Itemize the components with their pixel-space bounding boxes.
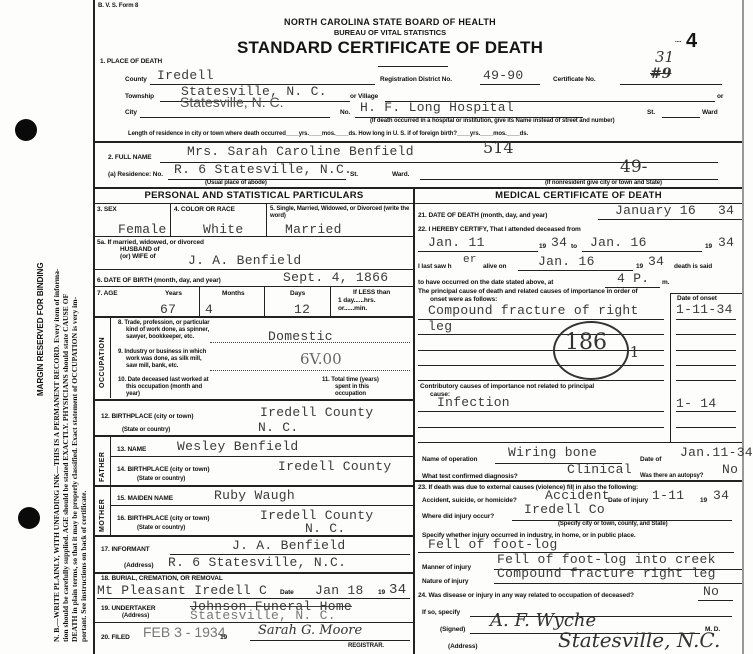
informant-label: 17. INFORMANT — [101, 546, 150, 553]
accident-value: Accident — [545, 488, 610, 503]
place-of-death-label: 1. PLACE OF DEATH — [100, 58, 162, 65]
less-label-3: or......min. — [338, 305, 367, 312]
full-name-value: Mrs. Sarah Caroline Benfield — [187, 144, 414, 159]
trade-label-1: 8. Trade, profession, or particular — [118, 320, 210, 326]
burial-label: 18. BURIAL, CREMATION, OR REMOVAL — [101, 575, 223, 582]
filed-label: 20. FILED — [101, 634, 130, 641]
father-birthplace-state-label: (State or country) — [137, 476, 185, 482]
months-label: Months — [222, 290, 245, 297]
cause-onset-value: 1-11-34 — [676, 302, 733, 317]
circled-code-suffix: .1 — [625, 343, 639, 361]
spouse-value: J. A. Benfield — [188, 253, 301, 268]
occupational-line — [698, 600, 733, 601]
contributory-line-3 — [418, 442, 742, 443]
operation-value: Wiring bone — [508, 445, 597, 460]
operation-date-value: Jan.11-34 — [680, 445, 753, 460]
mother-birthplace-state-label: (State or country) — [137, 525, 185, 531]
to-label: to — [571, 243, 577, 250]
race-marital-divider — [266, 203, 267, 236]
lastsaw-date-value: Jan. 16 — [538, 254, 595, 269]
age-divider-3 — [330, 286, 331, 316]
contributory-onset-value: 1- 14 — [676, 396, 717, 411]
registrar-line — [250, 640, 410, 641]
spouse-label-3: (or) WIFE of — [120, 253, 156, 260]
certificate-line — [620, 84, 722, 85]
specify-place-value: Fell of foot-log — [428, 537, 558, 552]
where-injury-value: Iredell Co — [524, 502, 605, 517]
no-label: No. — [340, 109, 350, 116]
form-id: B. V. S. Form 8 — [98, 3, 138, 9]
attended-to-year-prefix: 19 — [705, 243, 712, 250]
row-line-4 — [95, 316, 413, 318]
age-divider-1 — [199, 286, 200, 316]
date-of-death-value: January 16 — [615, 203, 696, 218]
lastworked-label-1: 10. Date deceased last worked at — [118, 377, 209, 383]
district-value: 49-90 — [483, 68, 524, 83]
ward-line — [662, 117, 700, 118]
alive-on-label: alive on — [483, 263, 506, 270]
medical-heading: MEDICAL CERTIFICATE OF DEATH — [415, 190, 742, 201]
row-line-8 — [95, 535, 413, 537]
trade-line — [210, 342, 410, 343]
district-label: Registration District No. — [380, 76, 452, 83]
margin-binding-note: MARGIN RESERVED FOR BINDING — [36, 262, 45, 396]
hospital-note: (If death occurred in a hospital or inst… — [370, 118, 615, 124]
ward-label: Ward — [702, 109, 718, 116]
burial-place-value: Mt Pleasant Iredell C — [97, 583, 267, 598]
filed-date-stamp: FEB 3 - 1934 — [143, 624, 226, 640]
county-label: County — [125, 76, 147, 83]
trade-label-2: kind of work done, as spinner, — [126, 327, 209, 333]
test-label: What test confirmed diagnosis? — [422, 473, 518, 480]
father-line — [110, 456, 413, 457]
burial-date-label: Date — [280, 589, 294, 596]
punch-hole-top — [15, 119, 37, 141]
margin-instructions-4: portant. See instructions on back of cer… — [79, 491, 88, 642]
dob-value: Sept. 4, 1866 — [283, 270, 388, 285]
dob-label: 6. DATE OF BIRTH (month, day, and year) — [97, 277, 221, 284]
attended-to-value: Jan. 16 — [590, 235, 647, 250]
onset-label: Date of onset — [677, 295, 717, 302]
full-name-label: 2. FULL NAME — [108, 154, 151, 161]
row-line-6 — [95, 435, 413, 437]
st-label: St. — [647, 109, 655, 116]
mother-birthplace-state-value: N. C. — [305, 521, 346, 536]
spouse-label-1: 5a. If married, widowed, or divorced — [97, 239, 204, 246]
birthplace-value: Iredell County — [260, 405, 373, 420]
birthplace-state-label: (State or country) — [122, 427, 170, 433]
title-underline — [378, 66, 448, 67]
margin-instructions-1: N. B.—WRITE PLAINLY, WITH UNFADING INK—T… — [52, 269, 61, 642]
attended-to-line — [582, 251, 702, 252]
mother-line — [110, 505, 413, 506]
nonresident-note: (If nonresident give city or town and St… — [545, 180, 662, 186]
mother-name-value: Ruby Waugh — [214, 488, 295, 503]
form-right-edge — [742, 0, 744, 654]
accident-label: Accident, suicide, or homicide? — [422, 497, 517, 504]
years-label: Years — [165, 290, 182, 297]
row-line-3 — [95, 286, 413, 287]
age-years-value: 67 — [160, 302, 176, 317]
registrar-label: REGISTRAR. — [348, 643, 384, 649]
residence-label: (a) Residence: No. — [108, 171, 163, 178]
undertaker-label: 19. UNDERTAKER — [101, 605, 155, 612]
handwritten-code-514: 514 — [483, 138, 514, 157]
burial-year-value: 34 — [389, 582, 406, 598]
street-value: H. F. Long Hospital — [360, 100, 514, 115]
informant-address-label: (Address) — [124, 562, 153, 569]
cause-2-value: leg — [428, 319, 452, 334]
onset-line-3 — [676, 350, 736, 351]
less-label-1: If LESS than — [353, 289, 390, 296]
industry-label-1: 9. Industry or business in which — [118, 349, 206, 355]
registrar-signature: Sarah G. Moore — [258, 623, 362, 638]
birthplace-state-value: N. C. — [258, 420, 299, 435]
punch-hole-bottom — [18, 507, 40, 529]
lastworked-label-3: year) — [126, 391, 140, 397]
city-value-stamp: Statesville, N. C. — [180, 94, 283, 110]
attended-from-year-prefix: 19 — [539, 243, 546, 250]
burial-year-prefix: 19 — [378, 589, 385, 596]
industry-label-2: work was done, as silk mill, — [126, 356, 202, 362]
totaltime-label-2: spent in this — [335, 384, 369, 390]
trade-label-3: sawyer, bookkeeper, etc. — [126, 334, 194, 340]
sex-race-divider — [170, 203, 171, 236]
city-label: City — [125, 109, 137, 116]
onset-line-1 — [676, 319, 736, 320]
undertaker-address-label: (Address) — [122, 613, 149, 619]
onset-line-4 — [676, 365, 736, 366]
injury-date-value: 1-11 — [652, 488, 684, 503]
residence-length-label: Length of residence in city or town wher… — [128, 131, 528, 137]
circled-code: 186 — [565, 330, 607, 355]
onset-box-left — [670, 293, 671, 443]
manner-label: Manner of injury — [422, 564, 471, 571]
industry-handwritten-value: 6V.00 — [300, 350, 342, 368]
date-of-death-label: 21. DATE OF DEATH (month, day, and year) — [418, 212, 547, 219]
cause-1-value: Compound fracture of right — [428, 303, 639, 318]
industry-line — [210, 370, 410, 371]
onset-line-7 — [676, 427, 736, 428]
operation-date-label: Date of — [640, 456, 661, 463]
principal-cause-label-1: The principal cause of death and related… — [418, 288, 638, 295]
contributory-line-1 — [418, 411, 664, 412]
where-injury-note: (Specify city or town, county, and State… — [558, 521, 667, 527]
certificate-value: #9 — [650, 66, 671, 82]
autopsy-value: No — [722, 462, 738, 477]
district-line — [480, 84, 540, 85]
contributory-line-2 — [418, 427, 664, 428]
mother-name-label: 15. MAIDEN NAME — [117, 495, 173, 502]
certificate-label: Certificate No. — [553, 76, 596, 83]
row-line-9 — [95, 572, 413, 574]
onset-line-2 — [676, 334, 736, 335]
form-left-border — [93, 0, 95, 654]
age-months-value: 4 — [205, 302, 213, 317]
contributory-value: Infection — [437, 395, 510, 410]
divider-1 — [95, 141, 742, 143]
row-line-10 — [95, 622, 413, 623]
occupational-label: 24. Was disease or injury in any way rel… — [418, 592, 634, 599]
margin-instructions-2: tion should be carefully supplied. AGE s… — [61, 294, 70, 642]
test-value: Clinical — [567, 462, 632, 477]
totaltime-label-1: 11. Total time (years) — [322, 377, 379, 383]
father-birthplace-label: 14. BIRTHPLACE (city or town) — [117, 466, 209, 473]
attended-from-year: 34 — [551, 235, 567, 250]
corner-dots: .... — [675, 38, 681, 44]
totaltime-label-3: occupation — [335, 391, 366, 397]
residence-ward-label: Ward. — [392, 171, 409, 178]
mother-side-label: MOTHER — [99, 499, 106, 532]
m-label: m. — [662, 279, 669, 286]
physician-address-label: (Address) — [448, 643, 477, 650]
industry-label-3: saw mill, bank, etc. — [126, 363, 178, 369]
lastsaw-year: 34 — [648, 254, 664, 269]
divider-2 — [95, 187, 742, 189]
age-label: 7. AGE — [97, 290, 117, 297]
date-of-death-line — [598, 219, 742, 220]
onset-line-6 — [676, 411, 736, 412]
lastsaw-label: I last saw h — [418, 263, 451, 270]
father-name-label: 13. NAME — [117, 446, 146, 453]
row-line-1 — [95, 236, 413, 237]
township-label: Township — [125, 93, 154, 100]
death-said-label: death is said — [674, 263, 712, 270]
medical-divider — [415, 480, 742, 482]
bureau-name: BUREAU OF VITAL STATISTICS — [230, 28, 550, 37]
lastsaw-year-prefix: 19 — [636, 263, 643, 270]
birthplace-label: 12. BIRTHPLACE (city or town) — [101, 413, 193, 420]
center-divider — [413, 187, 415, 654]
father-side-label: FATHER — [99, 452, 106, 482]
autopsy-label: Was there an autopsy? — [640, 473, 703, 479]
cause-line-4 — [418, 365, 664, 366]
personal-heading: PERSONAL AND STATISTICAL PARTICULARS — [95, 190, 413, 201]
nature-value: Compound fracture right leg — [497, 566, 716, 581]
physician-address-value: Statesville, N.C. — [558, 628, 720, 652]
age-days-value: 12 — [294, 302, 310, 317]
corner-number: 4 — [686, 30, 697, 53]
informant-value: J. A. Benfield — [232, 538, 345, 553]
father-name-value: Wesley Benfield — [177, 439, 299, 454]
if-so-label: If so, specify — [422, 609, 460, 616]
cause-line-2 — [418, 334, 664, 335]
contributory-label-1: Contributory causes of importance not re… — [420, 383, 594, 390]
where-injury-label: Where did injury occur? — [422, 513, 494, 520]
residence-value: R. 6 Statesville, N.C. — [174, 162, 352, 177]
attended-to-year: 34 — [718, 235, 734, 250]
usual-abode-note: (Usual place of abode) — [205, 180, 267, 186]
race-label: 4. COLOR OR RACE — [174, 206, 235, 213]
operation-label: Name of operation — [422, 456, 477, 463]
undertaker-address-value: Statesville, N. C. — [190, 608, 336, 623]
sex-value: Female — [118, 222, 167, 237]
occurred-label: to have occurred on the date stated abov… — [418, 279, 553, 286]
race-value: White — [203, 222, 244, 237]
nature-label: Nature of injury — [422, 578, 468, 585]
residence-st-label: St. — [350, 171, 358, 178]
mother-birthplace-label: 16. BIRTHPLACE (city or town) — [117, 515, 209, 522]
injury-year-value: 34 — [713, 488, 729, 503]
or-label: or — [717, 93, 723, 100]
injury-year-prefix: 19 — [700, 497, 707, 504]
time-value: 4 P. — [617, 271, 649, 286]
lastsaw-line — [518, 270, 633, 271]
lastworked-label-2: this occupation (month and — [126, 384, 202, 390]
marital-value: Married — [285, 222, 342, 237]
attended-from-value: Jan. 11 — [428, 235, 485, 250]
row-line-7 — [95, 485, 413, 487]
principal-cause-label-2: onset were as follows: — [430, 296, 497, 303]
onset-box-top — [670, 293, 742, 294]
attended-from-line — [418, 251, 538, 252]
injury-date-label: Date of injury — [608, 497, 648, 504]
city-line — [140, 117, 330, 118]
cause-line-1 — [418, 319, 664, 320]
days-label: Days — [290, 290, 305, 297]
county-value: Iredell — [157, 68, 214, 83]
cause-line-5 — [418, 380, 664, 381]
burial-date-value: Jan 18 — [315, 583, 364, 598]
certify-label: 22. I HEREBY CERTIFY, That I attended de… — [418, 226, 581, 233]
occupation-side-divider — [110, 316, 111, 398]
less-label-2: 1 day......hrs. — [338, 297, 375, 304]
sex-label: 3. SEX — [97, 206, 117, 213]
spouse-label-2: HUSBAND of — [120, 246, 159, 253]
certificate-title: STANDARD CERTIFICATE OF DEATH — [200, 38, 580, 58]
age-divider-2 — [264, 286, 265, 316]
signed-label: (Signed) — [440, 626, 465, 633]
village-label: or Village — [350, 93, 378, 100]
manner-value: Fell of foot-log into creek — [497, 552, 716, 567]
occupational-value: No — [703, 584, 719, 599]
row-line-5 — [95, 399, 413, 401]
informant-address-value: R. 6 Statesville, N.C. — [168, 555, 346, 570]
corner-handwritten-number: 31 — [655, 48, 674, 66]
occupation-side-label: OCCUPATION — [99, 337, 106, 388]
marital-label: 5. Single, Married, Widowed, or Divorced… — [270, 206, 410, 220]
agency-name: NORTH CAROLINA STATE BOARD OF HEALTH — [230, 17, 550, 27]
margin-instructions-3: DEATH in plain terms, so that it may be … — [70, 297, 79, 642]
lastsaw-pronoun: er — [463, 254, 477, 266]
father-birthplace-value: Iredell County — [278, 459, 391, 474]
date-of-death-year: 34 — [718, 203, 734, 218]
handwritten-49: 49- — [620, 157, 647, 177]
filed-year-prefix: 19 — [220, 634, 227, 641]
onset-line-5 — [676, 380, 736, 381]
